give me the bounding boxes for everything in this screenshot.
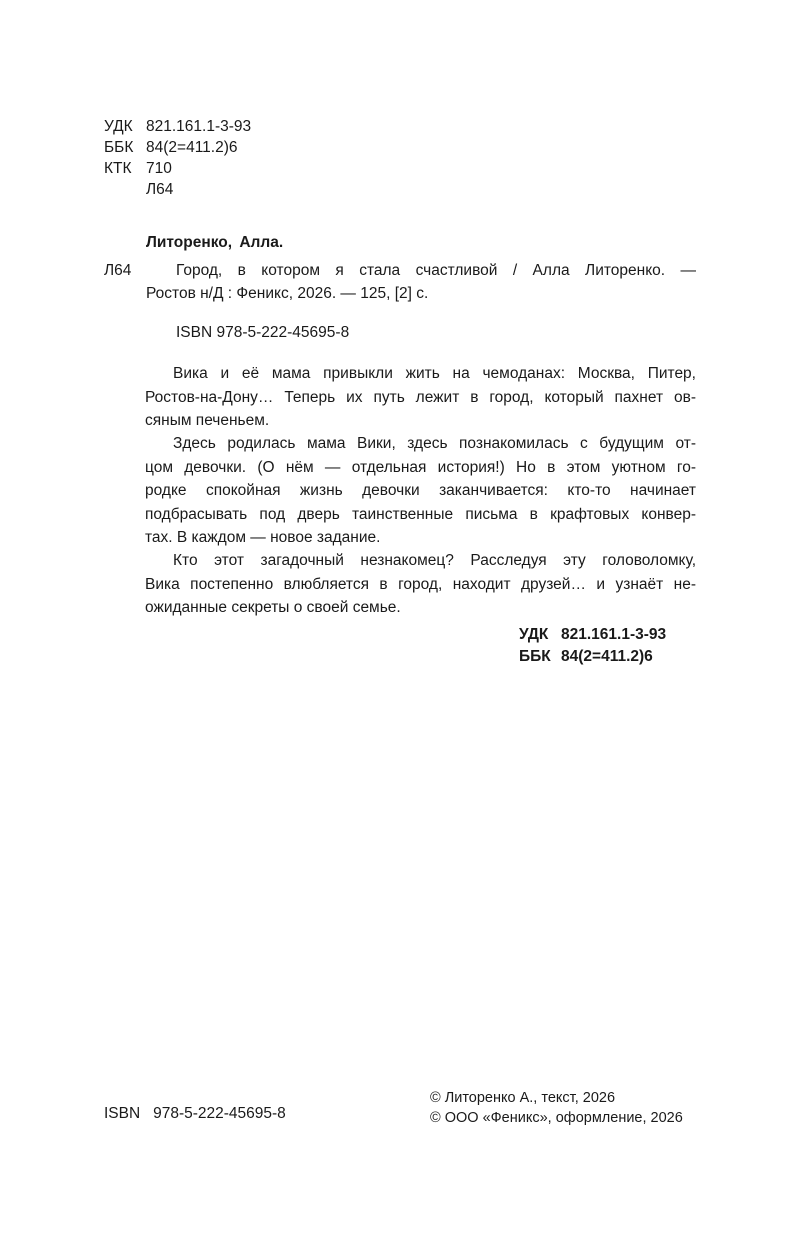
udk-label: УДК: [104, 116, 146, 138]
ktk-value: 710: [146, 160, 172, 177]
annotation-line: тах. В каждом — новое задание.: [145, 526, 696, 550]
bottom-bbk-code: ББК84(2=411.2)6: [519, 646, 653, 668]
annotation-line: Вика и её мама привыкли жить на чемодана…: [145, 362, 696, 386]
bottom-bbk-value: 84(2=411.2)6: [561, 648, 653, 665]
udk-code: УДК821.161.1-3-93: [104, 116, 251, 138]
ktk-label: КТК: [104, 158, 146, 180]
annotation-paragraph-1: Вика и её мама привыкли жить на чемодана…: [145, 362, 696, 433]
annotation-line: Здесь родилась мама Вики, здесь познаком…: [145, 432, 696, 456]
annotation-line: родке спокойная жизнь девочки заканчивае…: [145, 479, 696, 503]
annotation-line: Ростов-на-Дону… Теперь их путь лежит в г…: [145, 386, 696, 410]
annotation-line: Вика постепенно влюбляется в город, нахо…: [145, 573, 696, 597]
annotation-paragraph-3: Кто этот загадочный незнакомец? Расследу…: [145, 549, 696, 620]
record-title-line-1: Город, в котором я стала счастливой / Ал…: [176, 260, 696, 282]
annotation-line: Кто этот загадочный незнакомец? Расследу…: [145, 549, 696, 573]
record-mark: Л64: [104, 260, 131, 282]
annotation-line: подбрасывать под дверь таинственные пись…: [145, 503, 696, 527]
author-heading: Литоренко, Алла.: [146, 232, 283, 254]
udk-value: 821.161.1-3-93: [146, 118, 251, 135]
annotation-line: сяным печеньем.: [145, 409, 696, 433]
copyright-author: © Литоренко А., текст, 2026: [430, 1087, 615, 1109]
annotation-line: цом девочки. (О нём — отдельная история!…: [145, 456, 696, 480]
annotation-line: ожиданные секреты о своей семье.: [145, 596, 696, 620]
footer-isbn: ISBN 978-5-222-45695-8: [104, 1103, 286, 1125]
copyright-publisher: © ООО «Феникс», оформление, 2026: [430, 1107, 683, 1129]
bbk-code: ББК84(2=411.2)6: [104, 137, 238, 159]
bottom-udk-value: 821.161.1-3-93: [561, 626, 666, 643]
annotation-paragraph-2: Здесь родилась мама Вики, здесь познаком…: [145, 432, 696, 550]
record-isbn: ISBN 978-5-222-45695-8: [176, 322, 349, 344]
bottom-udk-label: УДК: [519, 624, 561, 646]
bbk-label: ББК: [104, 137, 146, 159]
bottom-bbk-label: ББК: [519, 646, 561, 668]
bottom-udk-code: УДК821.161.1-3-93: [519, 624, 666, 646]
bbk-value: 84(2=411.2)6: [146, 139, 238, 156]
author-mark: Л64: [146, 179, 173, 201]
ktk-code: КТК710: [104, 158, 172, 180]
record-title-line-2: Ростов н/Д : Феникс, 2026. — 125, [2] с.: [146, 283, 428, 305]
